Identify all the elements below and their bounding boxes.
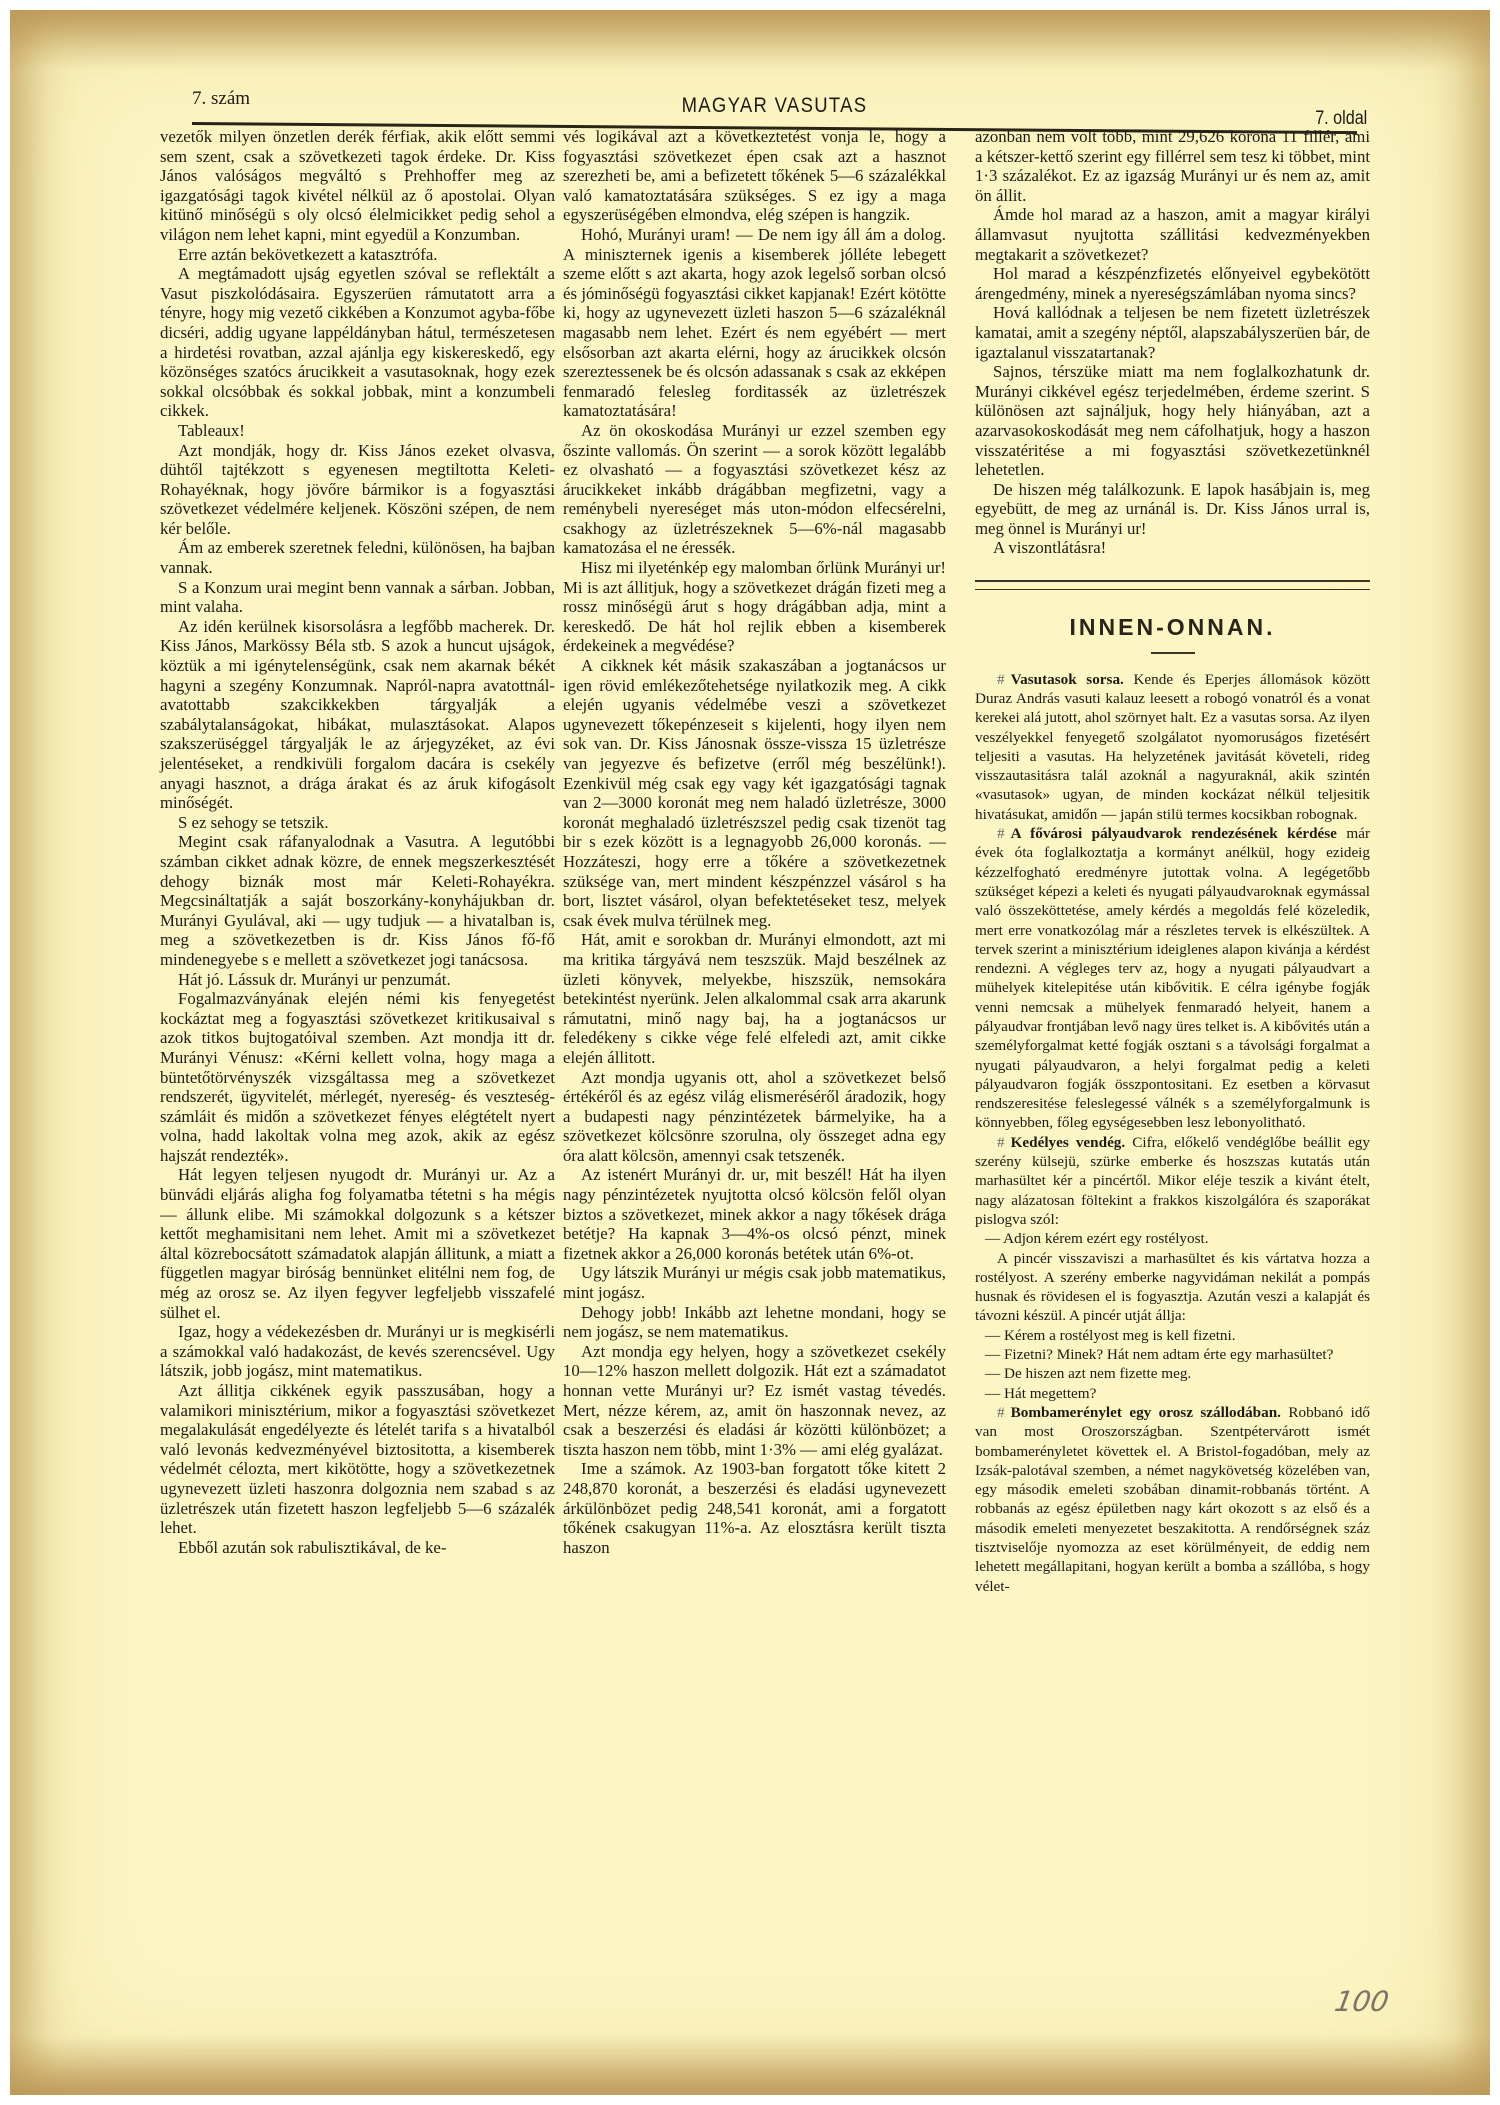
- paragraph: Hát legyen teljesen nyugodt dr. Murányi …: [160, 1165, 555, 1322]
- paragraph: Azt mondja egy helyen, hogy a szövetkeze…: [563, 1342, 946, 1460]
- paragraph: Azt mondják, hogy dr. Kiss János ezeket …: [160, 441, 555, 539]
- paragraph: Fogalmazványának elején némi kis fenyege…: [160, 989, 555, 1165]
- news-item: A pincér visszaviszi a marhasültet és ki…: [975, 1249, 1370, 1326]
- handwritten-folio-number: 100: [1332, 1985, 1391, 2018]
- paragraph: Hohó, Murányi uram! — De nem igy áll ám …: [563, 225, 946, 421]
- section-title: INNEN-ONNAN.: [975, 618, 1370, 638]
- news-item: — Fizetni? Minek? Hát nem adtam érte egy…: [975, 1345, 1370, 1364]
- paragraph: De hiszen még találkozunk. E lapok hasáb…: [975, 480, 1370, 539]
- paragraph: Erre aztán bekövetkezett a katasztrófa.: [160, 245, 555, 265]
- news-headline: A fővárosi pályaudvarok rendezésének kér…: [1011, 825, 1337, 842]
- paragraph: vezetők milyen önzetlen derék férfiak, a…: [160, 127, 555, 245]
- paragraph: Ebből azután sok rabulisztikával, de ke-: [160, 1538, 555, 1558]
- paragraph: S a Konzum urai megint benn vannak a sár…: [160, 578, 555, 617]
- paragraph: vés logikával azt a következtetést vonja…: [563, 127, 946, 225]
- paragraph: Az ön okoskodása Murányi ur ezzel szembe…: [563, 421, 946, 558]
- paragraph: Ám az emberek szeretnek feledni, különös…: [160, 538, 555, 577]
- news-headline: Bombamerénylet egy orosz szállodában.: [1011, 1404, 1281, 1421]
- news-body: Kende és Eperjes állomások között Duraz …: [975, 671, 1370, 823]
- news-item: — Kérem a rostélyost meg is kell fizetni…: [975, 1326, 1370, 1345]
- paragraph: Az istenért Murányi dr. ur, mit beszél! …: [563, 1165, 946, 1263]
- paragraph: A viszontlátásra!: [975, 538, 1370, 558]
- hash-marker-icon: #: [997, 825, 1005, 842]
- hash-marker-icon: #: [997, 1134, 1005, 1151]
- paragraph: azonban nem volt több, mint 29,626 koron…: [975, 127, 1370, 205]
- news-item: — Hát megettem?: [975, 1384, 1370, 1403]
- paragraph: Sajnos, térszüke miatt ma nem foglalkozh…: [975, 362, 1370, 480]
- paragraph: Dehogy jobb! Inkább azt lehetne mondani,…: [563, 1303, 946, 1342]
- column-1: vezetők milyen önzetlen derék férfiak, a…: [160, 127, 555, 1557]
- paragraph: Az idén kerülnek kisorsolásra a legfőbb …: [160, 617, 555, 813]
- short-rule: [1151, 652, 1195, 654]
- paragraph: Hisz mi ilyeténkép egy malomban őrlünk M…: [563, 558, 946, 656]
- paragraph: Tableaux!: [160, 421, 555, 441]
- paragraph: Azt állitja cikkének egyik passzusában, …: [160, 1381, 555, 1538]
- news-item: #Vasutasok sorsa. Kende és Eperjes állom…: [975, 670, 1370, 824]
- hash-marker-icon: #: [997, 1404, 1005, 1421]
- paragraph: A cikknek két másik szakaszában a jogtan…: [563, 656, 946, 930]
- paragraph: S ez sehogy se tetszik.: [160, 813, 555, 833]
- news-item: — De hiszen azt nem fizette meg.: [975, 1364, 1370, 1383]
- issue-number: 7. szám: [192, 88, 250, 110]
- paragraph: Ime a számok. Az 1903-ban forgatott tőke…: [563, 1459, 946, 1557]
- paragraph: Hová kallódnak a teljesen be nem fizetet…: [975, 303, 1370, 362]
- paragraph: Azt mondja ugyanis ott, ahol a szövetkez…: [563, 1068, 946, 1166]
- paragraph: A megtámadott ujság egyetlen szóval se r…: [160, 264, 555, 421]
- paragraph: Igaz, hogy a védekezésben dr. Murányi ur…: [160, 1322, 555, 1381]
- masthead: 7. szám MAGYAR VASUTAS 7. oldal: [182, 80, 1367, 130]
- paragraph: Ámde hol marad az a haszon, amit a magya…: [975, 205, 1370, 264]
- news-item: #Bombamerénylet egy orosz szállodában. R…: [975, 1403, 1370, 1596]
- news-item: — Adjon kérem ezért egy rostélyost.: [975, 1229, 1370, 1248]
- news-item: #Kedélyes vendég. Cifra, előkelő vendégl…: [975, 1133, 1370, 1229]
- paragraph: Ugy látszik Murányi ur mégis csak jobb m…: [563, 1263, 946, 1302]
- news-body: Robbanó idő van most Oroszországban. Sze…: [975, 1404, 1370, 1595]
- newspaper-title: MAGYAR VASUTAS: [253, 94, 1296, 118]
- hash-marker-icon: #: [997, 671, 1005, 688]
- section-divider: [975, 580, 1370, 590]
- news-headline: Vasutasok sorsa.: [1011, 671, 1124, 688]
- column-2: vés logikával azt a következtetést vonja…: [563, 127, 946, 1557]
- paragraph: Hol marad a készpénzfizetés előnyeivel e…: [975, 264, 1370, 303]
- paragraph: Hát jó. Lássuk dr. Murányi ur penzumát.: [160, 970, 555, 990]
- news-items: #Vasutasok sorsa. Kende és Eperjes állom…: [975, 670, 1370, 1596]
- news-item: #A fővárosi pályaudvarok rendezésének ké…: [975, 824, 1370, 1133]
- paragraph: Hát, amit e sorokban dr. Murányi elmondo…: [563, 930, 946, 1067]
- news-headline: Kedélyes vendég.: [1011, 1134, 1126, 1151]
- news-body: már évek óta foglalkoztatja a kormányt a…: [975, 825, 1370, 1131]
- paragraph: Megint csak ráfanyalodnak a Vasutra. A l…: [160, 832, 555, 969]
- column-3: azonban nem volt több, mint 29,626 koron…: [975, 127, 1370, 1596]
